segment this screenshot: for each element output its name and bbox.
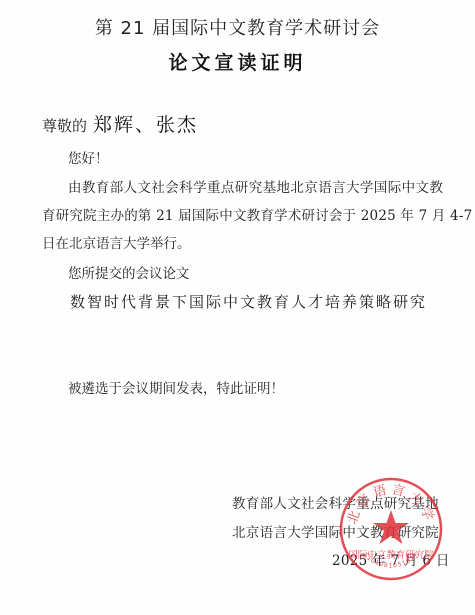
- paper-title: 数智时代背景下国际中文教育人才培养策略研究: [70, 291, 427, 312]
- greeting: 您好！: [68, 147, 109, 167]
- recipient-names: 郑辉、张杰: [93, 114, 198, 136]
- body-line-3: 日在北京语言大学举行。: [42, 232, 191, 252]
- signature-institution-2: 北京语言大学国际中文教育研究院: [232, 521, 439, 541]
- submitted-label: 您所提交的会议论文: [68, 262, 190, 282]
- certificate-page: 第 21 届国际中文教育学术研讨会 论文宣读证明 尊敬的郑辉、张杰 您好！ 由教…: [0, 0, 475, 615]
- body-line-1: 由教育部人文社会科学重点研究基地北京语言大学国际中文教: [68, 176, 443, 196]
- salutation-prefix: 尊敬的: [42, 117, 87, 135]
- conference-title: 第 21 届国际中文教育学术研讨会: [0, 14, 475, 40]
- salutation: 尊敬的郑辉、张杰: [42, 110, 198, 137]
- selected-statement: 被遴选于会议期间发表，特此证明！: [68, 377, 284, 397]
- body-line-2: 育研究院主办的第 21 届国际中文教育学术研讨会于 2025 年 7 月 4-7: [42, 204, 472, 224]
- signature-institution-1: 教育部人文社会科学重点研究基地: [232, 492, 439, 512]
- signature-date: 2025 年 7 月 6 日: [332, 549, 450, 569]
- certificate-subtitle: 论文宣读证明: [0, 48, 475, 75]
